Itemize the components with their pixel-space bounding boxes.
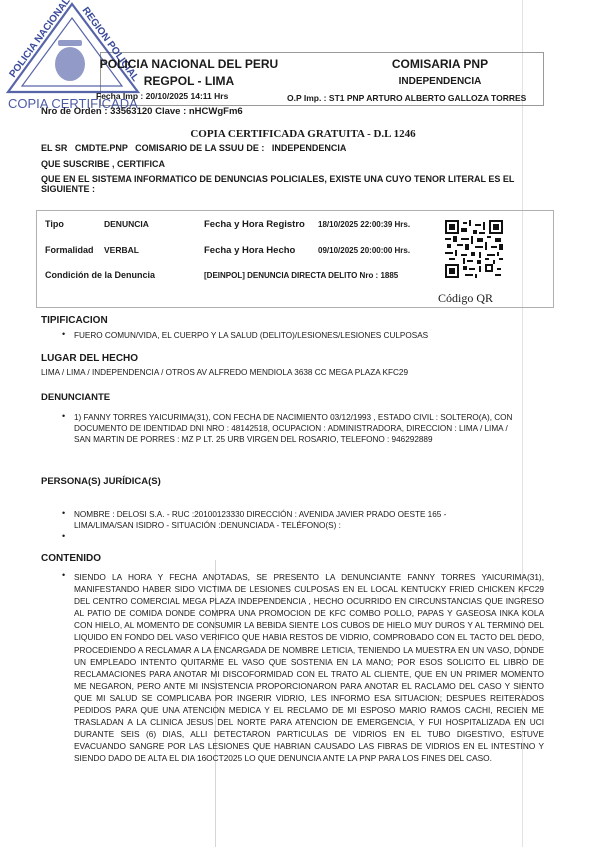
tipo-value: DENUNCIA	[104, 219, 149, 229]
contenido-text: SIENDO LA HORA Y FECHA ANOTADAS, SE PRES…	[74, 571, 544, 765]
tipo-label: Tipo	[45, 219, 64, 229]
hecho-value: 09/10/2025 20:00:00 Hrs.	[318, 246, 410, 255]
operator-label: O.P Imp. :	[287, 93, 327, 103]
condicion-label: Condición de la Denuncia	[45, 270, 155, 280]
station-title: COMISARIA PNP	[355, 57, 525, 71]
qr-code-icon	[445, 220, 503, 278]
formalidad-value: VERBAL	[104, 245, 139, 255]
svg-text:REGION POLICIAL: REGION POLICIAL	[80, 5, 141, 83]
order-field: Nro de Orden : 33563120 Clave : nHCWgFm6	[41, 106, 243, 117]
print-date-label: Fecha Imp :	[96, 91, 143, 101]
section-title-lugar: LUGAR DEL HECHO	[41, 353, 138, 364]
tipificacion-item: FUERO COMUN/VIDA, EL CUERPO Y LA SALUD (…	[74, 330, 428, 341]
print-date-field: Fecha Imp : 20/10/2025 14:11 Hrs	[96, 91, 228, 101]
key-value: nHCWgFm6	[189, 106, 243, 117]
registro-value: 18/10/2025 22:00:39 Hrs.	[318, 220, 410, 229]
section-title-contenido: CONTENIDO	[41, 553, 101, 564]
bullet-icon: •	[62, 411, 65, 421]
print-date: 20/10/2025 14:11 Hrs	[146, 91, 229, 101]
certification-title: COPIA CERTIFICADA GRATUITA - D.L 1246	[0, 128, 606, 140]
hecho-label: Fecha y Hora Hecho	[204, 245, 295, 256]
bullet-icon: •	[62, 329, 65, 339]
qr-caption: Código QR	[438, 291, 493, 306]
certification-line-3: QUE EN EL SISTEMA INFORMATICO DE DENUNCI…	[41, 174, 546, 194]
section-title-tipificacion: TIPIFICACION	[41, 315, 108, 326]
certification-line-2: QUE SUSCRIBE , CERTIFICA	[41, 159, 165, 169]
org-title: POLICIA NACIONAL DEL PERU	[84, 57, 294, 71]
order-label: Nro de Orden :	[41, 106, 108, 117]
denunciante-item: 1) FANNY TORRES YAICURIMA(31), CON FECHA…	[74, 412, 514, 445]
registro-label: Fecha y Hora Registro	[204, 219, 305, 230]
region: REGPOL - LIMA	[126, 74, 252, 88]
section-title-juridica: PERSONA(S) JURÍDICA(S)	[41, 476, 161, 487]
juridica-item: NOMBRE : DELOSI S.A. - RUC :20100123330 …	[74, 509, 494, 531]
bullet-icon: •	[62, 531, 65, 541]
condicion-value: [DEINPOL] DENUNCIA DIRECTA DELITO Nro : …	[204, 271, 398, 280]
bullet-icon: •	[62, 508, 65, 518]
formalidad-label: Formalidad	[45, 245, 94, 255]
station-name: INDEPENDENCIA	[355, 76, 525, 87]
key-label: Clave :	[155, 106, 186, 117]
order-number: 33563120	[110, 106, 152, 117]
bullet-icon: •	[62, 570, 65, 580]
operator-field: O.P Imp. : ST1 PNP ARTURO ALBERTO GALLOZ…	[287, 93, 526, 103]
certification-line-1: EL SR CMDTE.PNP COMISARIO DE LA SSUU DE …	[41, 143, 346, 153]
lugar-text: LIMA / LIMA / INDEPENDENCIA / OTROS AV A…	[41, 368, 421, 378]
section-title-denunciante: DENUNCIANTE	[41, 392, 110, 403]
operator-name: ST1 PNP ARTURO ALBERTO GALLOZA TORRES	[329, 93, 526, 103]
